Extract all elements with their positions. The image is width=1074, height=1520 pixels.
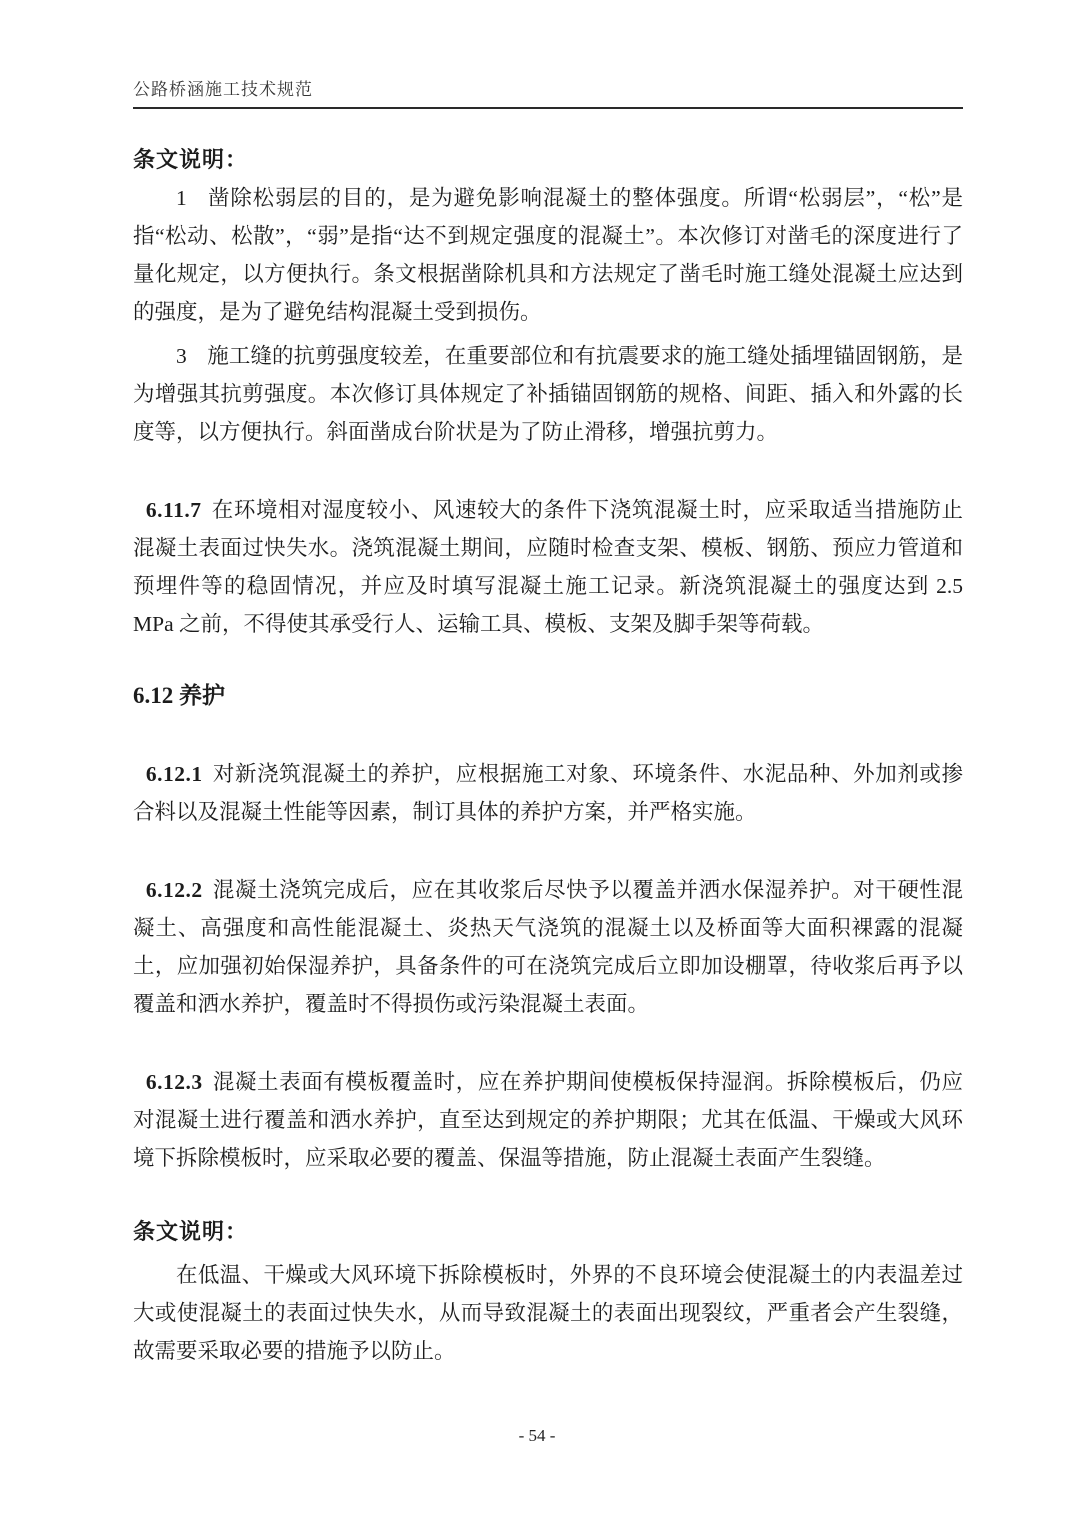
notes-label-2: 条文说明： [133,1213,963,1251]
notes-paragraph-3: 3施工缝的抗剪强度较差，在重要部位和有抗震要求的施工缝处插埋锚固钢筋，是为增强其… [133,337,963,451]
page-footer: - 54 - [0,1426,1074,1446]
clause-number: 6.12.3 [146,1070,203,1094]
running-head-title: 公路桥涵施工技术规范 [133,80,963,107]
paragraph-text: 施工缝的抗剪强度较差，在重要部位和有抗震要求的施工缝处插埋锚固钢筋，是为增强其抗… [133,344,963,444]
clause-text: 在环境相对湿度较小、风速较大的条件下浇筑混凝土时，应采取适当措施防止混凝土表面过… [133,498,963,636]
clause-6-11-7: 6.11.7在环境相对湿度较小、风速较大的条件下浇筑混凝土时，应采取适当措施防止… [133,491,963,643]
document-page: 公路桥涵施工技术规范 条文说明： 1凿除松弱层的目的，是为避免影响混凝土的整体强… [0,0,1074,1520]
clause-6-12-3: 6.12.3混凝土表面有模板覆盖时，应在养护期间使模板保持湿润。拆除模板后，仍应… [133,1063,963,1177]
page-header: 公路桥涵施工技术规范 [133,80,963,109]
clause-number: 6.11.7 [146,498,202,522]
paragraph-number: 1 [176,186,187,210]
notes-paragraph-final: 在低温、干燥或大风环境下拆除模板时，外界的不良环境会使混凝土的内表温差过大或使混… [133,1256,963,1370]
notes-label-1: 条文说明： [133,141,963,179]
paragraph-number: 3 [176,344,187,368]
clause-number: 6.12.1 [146,762,203,786]
clause-text: 对新浇筑混凝土的养护，应根据施工对象、环境条件、水泥品种、外加剂或掺合料以及混凝… [133,762,963,824]
clause-text: 混凝土表面有模板覆盖时，应在养护期间使模板保持湿润。拆除模板后，仍应对混凝土进行… [133,1070,963,1170]
clause-text: 混凝土浇筑完成后，应在其收浆后尽快予以覆盖并洒水保湿养护。对干硬性混凝土、高强度… [133,878,963,1016]
paragraph-text: 凿除松弱层的目的，是为避免影响混凝土的整体强度。所谓“松弱层”，“松”是指“松动… [133,186,963,324]
document-body: 条文说明： 1凿除松弱层的目的，是为避免影响混凝土的整体强度。所谓“松弱层”，“… [133,141,963,1370]
section-heading-6-12: 6.12 养护 [133,675,963,717]
clause-number: 6.12.2 [146,878,203,902]
page-number: - 54 - [519,1426,556,1445]
clause-6-12-1: 6.12.1对新浇筑混凝土的养护，应根据施工对象、环境条件、水泥品种、外加剂或掺… [133,755,963,831]
notes-paragraph-1: 1凿除松弱层的目的，是为避免影响混凝土的整体强度。所谓“松弱层”，“松”是指“松… [133,179,963,331]
clause-6-12-2: 6.12.2混凝土浇筑完成后，应在其收浆后尽快予以覆盖并洒水保湿养护。对干硬性混… [133,871,963,1023]
